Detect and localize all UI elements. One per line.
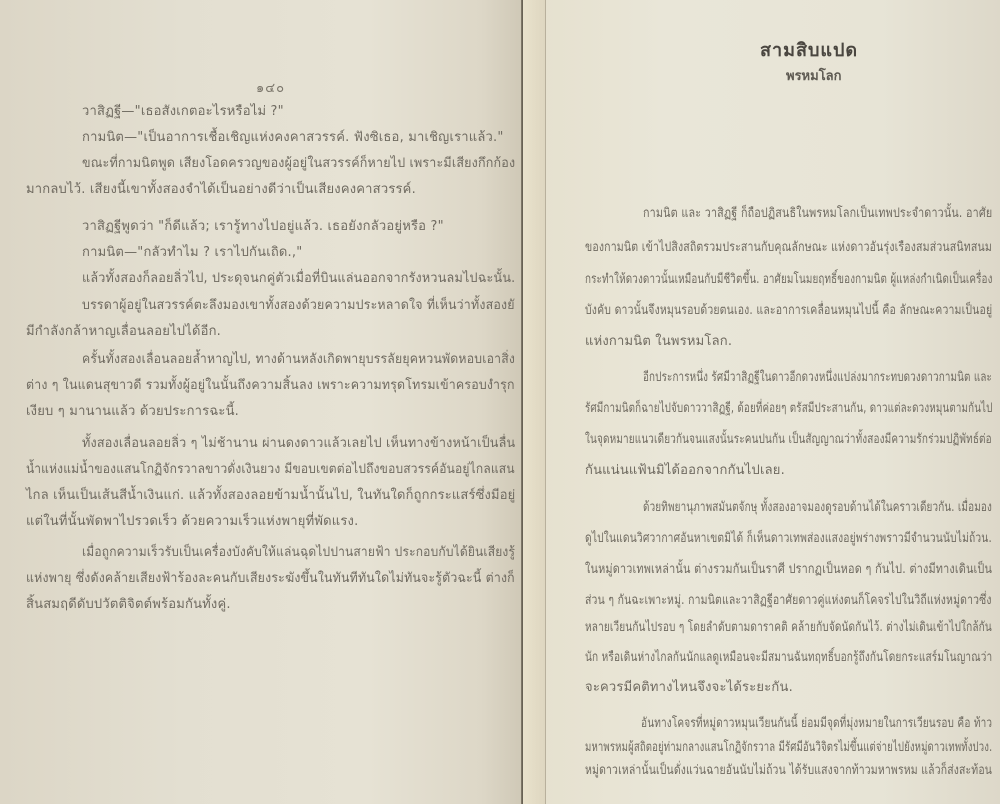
chapter-subtitle: พรหมโลก (786, 65, 842, 86)
right-page: สามสิบแปด พรหมโลก กามนิต และ วาสิฏฐี ก็ถ… (523, 0, 1000, 804)
text-line: กามนิต—"กลัวทำไม ? เราไปกันเถิด.," (82, 245, 302, 261)
text-line: ด้วยทิพยานุภาพสมันตจักษุ ทั้งสองอาจมองดู… (643, 500, 992, 516)
text-line: วาสิฏฐีพูดว่า "ก็ดีแล้ว; เรารู้ทางไปอยู่… (82, 219, 444, 235)
text-line: แต่ในที่นั้นพัดพาไปรวดเร็ว ด้วยความเร็วแ… (26, 514, 358, 530)
text-line: ครั้นทั้งสองเลื่อนลอยล้ำหาญไป, ทางด้านหล… (82, 352, 515, 368)
text-line: ไกล เห็นเป็นเส้นสีน้ำเงินแก่. แล้วทั้งสอ… (26, 488, 515, 504)
text-line: มากลบไว้. เสียงนี้เขาทั้งสองจำได้เป็นอย่… (26, 182, 416, 198)
text-line: วาสิฏฐี—"เธอสังเกตอะไรหรือไม่ ?" (82, 104, 284, 120)
text-line: แห่งพายุ ซึ่งดังคล้ายเสียงฟ้าร้องละคนกับ… (26, 571, 515, 587)
text-line: มีกำลังกล้าหาญเลื่อนลอยไปได้อีก. (26, 324, 221, 340)
text-line: ส่วน ๆ กันฉะเพาะหมู่. กามนิตและวาสิฏฐีอา… (585, 593, 992, 609)
text-line: เมื่อถูกความเร็วรับเป็นเครื่องบังคับให้แ… (82, 545, 515, 561)
text-line: น้ำแห่งแม่น้ำของแสนโกฏิจักรวาลขาวดั่งเงิ… (26, 462, 515, 478)
text-line: เงียบ ๆ มานานแล้ว ด้วยประการฉะนี้. (26, 404, 239, 420)
text-line: หลายเวียนกันไปรอบ ๆ โดยลำดับตามดาราคติ ค… (585, 620, 992, 636)
text-line: กามนิต—"เป็นอาการเชื้อเชิญแห่งคงคาสวรรค์… (82, 130, 504, 146)
page-edge (523, 0, 546, 804)
text-line: ขณะที่กามนิตพูด เสียงโอดครวญของผู้อยู่ใน… (82, 156, 515, 172)
text-line: ดูไปในแดนวิศวากาศอันหาเขตมิได้ ก็เห็นดาว… (585, 531, 992, 547)
chapter-title: สามสิบแปด (760, 35, 858, 64)
text-line: บังคับ ดาวนั้นจึงหมุนรอบด้วยตนเอง. และอา… (585, 303, 992, 319)
page-number: ๑๔๐ (256, 77, 285, 98)
text-line: รัศมีกามนิตก็ฉายไปจับดาววาสิฏฐี, ด้อยที่… (585, 401, 993, 417)
text-line: กระทำให้ดวงดาวนั้นเหมือนกับมีชีวิตขึ้น. … (585, 272, 993, 288)
text-line: กามนิต และ วาสิฏฐี ก็ถือปฏิสนธิในพรหมโลก… (643, 206, 992, 222)
left-page: ๑๔๐ วาสิฏฐี—"เธอสังเกตอะไรหรือไม่ ?"กามน… (0, 0, 523, 804)
text-line: ของกามนิต เข้าไปสิงสถิตรวมประสานกับคุณลั… (585, 240, 992, 256)
text-line: อีกประการหนึ่ง รัศมีวาสิฏฐีในดาวอีกดวงหน… (643, 370, 992, 386)
text-line: อันทางโคจรที่หมู่ดาวหมุนเวียนกันนี้ ย่อม… (641, 716, 992, 732)
text-line: หมู่ดาวเหล่านั้นเป็นดั่งแว่นฉายอันนับไม่… (585, 763, 992, 779)
text-line: ต่าง ๆ ในแดนสุขาวดี รวมทั้งผู้อยู่ในนั้น… (26, 378, 515, 394)
text-line: บรรดาผู้อยู่ในสวรรค์ตะลึงมองเขาทั้งสองด้… (82, 298, 515, 314)
text-line: ทั้งสองเลื่อนลอยลิ่ว ๆ ไม่ช้านาน ผ่านดงด… (82, 436, 515, 452)
text-line: มหาพรหมผู้สถิตอยู่ท่ามกลางแสนโกฏิจักรวาล… (585, 740, 992, 756)
text-line: กันแน่นแฟ้นมิได้ออกจากกันไปเลย. (585, 463, 785, 479)
text-line: จะควรมีคติทางไหนจึงจะได้ระยะกัน. (585, 680, 793, 696)
text-line: แห่งกามนิต ในพรหมโลก. (585, 334, 732, 350)
text-line: ในหมู่ดาวเทพเหล่านั้น ต่างรวมกันเป็นราศี… (585, 562, 992, 578)
text-line: แล้วทั้งสองก็ลอยลิ่วไป, ประดุจนกคู่ตัวเม… (82, 271, 515, 287)
text-line: สิ้นสมฤดีดับปวัตติจิตต์พร้อมกันทั้งคู่. (26, 597, 231, 613)
text-line: นัก หรือเดินห่างไกลกันนักแลดูเหมือนจะมีส… (585, 650, 992, 666)
text-line: ในจุดหมายแนวเดียวกันจนแสงนั้นระคนปนกัน เ… (585, 432, 992, 448)
